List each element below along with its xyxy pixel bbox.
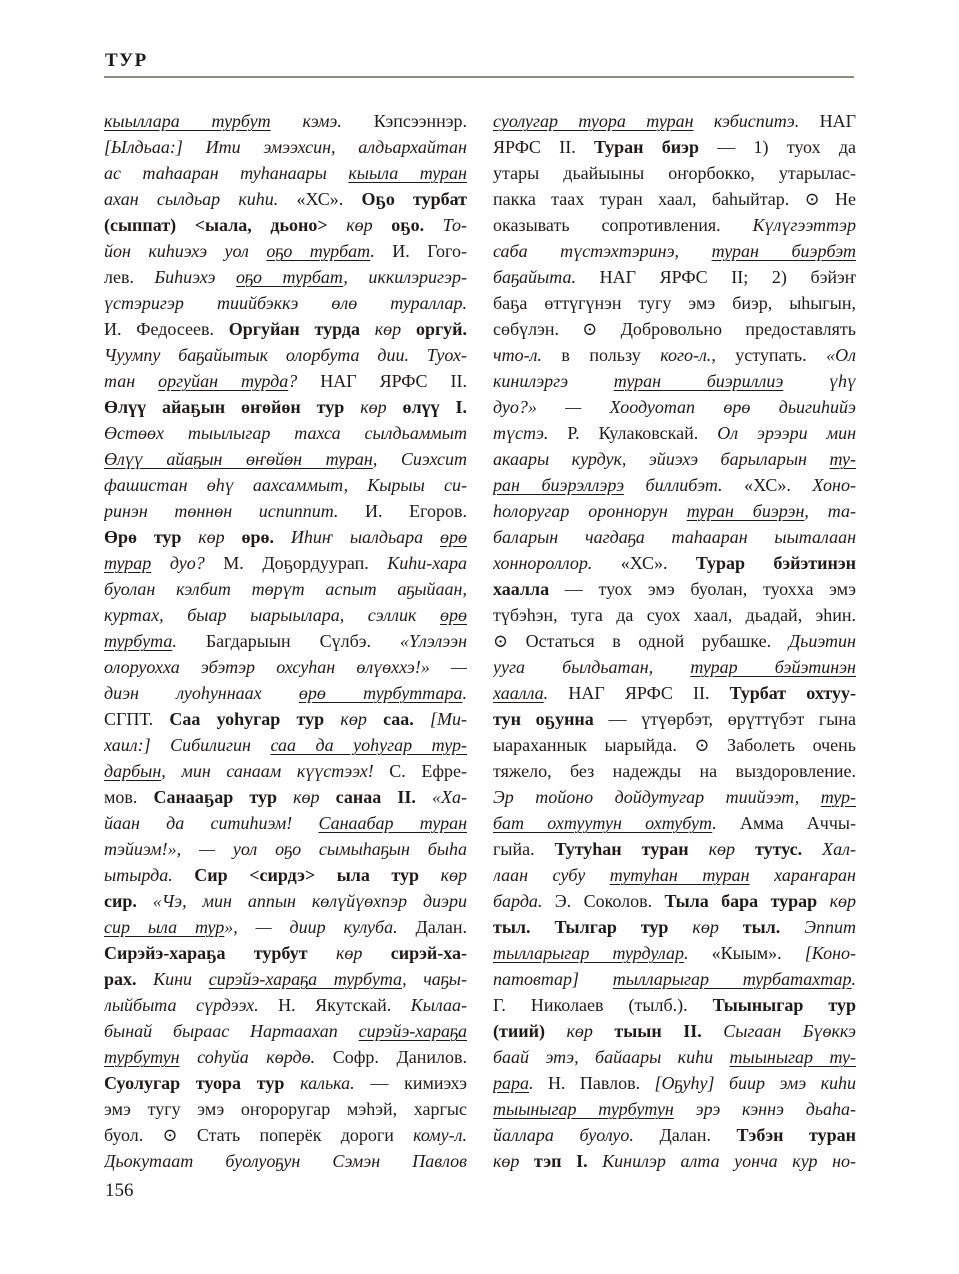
text-line: йаан да ситиһиэм! Санаабар туран — [104, 810, 467, 836]
text-line: Өлүү айаҕын өҥөйөн туран, Сиэхсит — [104, 446, 467, 472]
text-segment: То- — [424, 215, 467, 235]
text-segment: оргуй. — [416, 319, 467, 339]
text-segment: Күлүгээттэр — [753, 215, 856, 235]
text-segment: тан — [104, 371, 158, 391]
text-segment: хаалла — [493, 579, 549, 599]
text-segment: «Чэ, мин аппын көлүйүөхпэр диэри — [137, 891, 467, 911]
text-segment: көр — [493, 1151, 534, 1171]
text-segment: түбэһэн, туга да суох хаал, дьадай, эһин… — [493, 605, 856, 625]
text-segment: йон киһиэхэ уол — [104, 241, 266, 261]
text-line: мов. Санааҕар тур көр санаа II. «Ха- — [104, 784, 467, 810]
text-line: ыараханнык ыарыйда. ⊙ Заболеть очень — [493, 732, 856, 758]
text-segment: ран биэрэллэрэ — [493, 475, 624, 495]
text-line: кыыллара турбут кэмэ. Кэпсээннэр. — [104, 108, 467, 134]
text-line: түстэ. Р. Кулаковскай. Ол эрээри мин — [493, 420, 856, 446]
text-segment: пакка таах туран хаал, баһыйтар. ⊙ Не — [493, 189, 856, 209]
text-line: куртах, быар ыарыылара, сэллик өрө — [104, 602, 467, 628]
text-segment: лев. — [104, 267, 155, 287]
text-segment: кыыллара турбут — [104, 111, 271, 131]
text-segment: туран биэрбэт — [712, 241, 856, 261]
text-segment: һолоругар ороннорун — [493, 501, 687, 521]
text-segment: рах. — [104, 969, 137, 989]
text-line: баҕайыта. НАГ ЯРФС II; 2) бэйэҥ — [493, 264, 856, 290]
text-line: ран биэрэллэрэ биллибэт. «ХС». Хоно- — [493, 472, 856, 498]
text-line: сир ыла тур», — диир кулуба. Далан. — [104, 914, 467, 940]
text-segment: , та- — [804, 501, 856, 521]
text-segment: М. Доҕордуурап. — [205, 553, 388, 573]
text-line: бат охтуутун охтубут. Амма Аччы- — [493, 810, 856, 836]
text-segment: тыл. — [743, 917, 781, 937]
text-segment: «Кыым». — [688, 943, 804, 963]
text-segment: Хал- — [802, 839, 856, 859]
text-columns: кыыллара турбут кэмэ. Кэпсээннэр.[Ылдьаа… — [104, 108, 856, 1174]
text-segment: «ХС». — [723, 475, 813, 495]
text-segment: Саа уоһугар тур — [169, 709, 324, 729]
text-line: Дьокутаат буолуоҕун Сэмэн Павлов — [104, 1148, 467, 1174]
text-line: йаллара буолуо. Далан. Тэбэн туран — [493, 1122, 856, 1148]
text-segment: акаары курдук, эйиэхэ барыларын — [493, 449, 829, 469]
text-segment: куртах, быар ыарыылара, сэллик — [104, 605, 440, 625]
text-segment: лаан субу — [493, 865, 610, 885]
text-line: акаары курдук, эйиэхэ барыларын ту- — [493, 446, 856, 472]
text-line: йон киһиэхэ уол оҕо турбат. И. Гого- — [104, 238, 467, 264]
text-segment: Сыгаан Бүөккэ — [702, 1021, 856, 1041]
text-segment: , иккилэригэр- — [343, 267, 467, 287]
text-segment: көр — [308, 943, 391, 963]
text-segment: сирэйэ-хараҕа турбута — [209, 969, 402, 989]
text-line: патовтар] тылларыгар турбатахтар. — [493, 966, 856, 992]
text-line: СГПТ. Саа уоһугар тур көр саа. [Ми- — [104, 706, 467, 732]
text-line: пакка таах туран хаал, баһыйтар. ⊙ Не — [493, 186, 856, 212]
text-line: ЯРФС II. Туран биэр — 1) туох да — [493, 134, 856, 160]
text-line: ас таһааран туһанаары кыыла туран — [104, 160, 467, 186]
text-line: дарбын, мин санаам күүстээх! С. Ефре- — [104, 758, 467, 784]
text-segment: — үтүөрбэт, өрүттүбэт гына — [594, 709, 856, 729]
text-segment: сирэй-ха- — [391, 943, 467, 963]
text-segment: НАГ ЯРФС II. — [297, 371, 467, 391]
text-segment: тыыныгар турбутун — [493, 1099, 674, 1119]
text-segment: утары дьайыыны оҥорбокко, утарылас- — [493, 163, 856, 183]
text-segment: саа да уоһугар тур- — [271, 735, 467, 755]
text-line: баларын чагдаҕа таһааран ыыталаан — [493, 524, 856, 550]
text-segment: Эр тойоно дойдутугар тиийээт, — [493, 787, 821, 807]
text-segment: баҕа өттүгүнэн тугу эмэ биэр, ыһыгын, — [493, 293, 856, 313]
text-segment: Тутуһан туран — [555, 839, 689, 859]
text-line: Өрө тур көр өрө. Иһиҥ ыалдьара өрө — [104, 524, 467, 550]
text-line: (сыппат) <ыала, дьоно> көр оҕо. То- — [104, 212, 467, 238]
text-line: И. Федосеев. Оргуйан турда көр оргуй. — [104, 316, 467, 342]
text-segment: Туран биэр — [594, 137, 699, 157]
text-segment: ытырда. — [104, 865, 194, 885]
text-segment: тяжело, без надежды на выздоровление. — [493, 761, 856, 781]
text-segment: ту- — [829, 449, 856, 469]
text-line: лаан субу тутуһан туран хараҥаран — [493, 862, 856, 888]
text-segment: гыйа. — [493, 839, 555, 859]
text-line: саба түстэхтэринэ, туран биэрбэт — [493, 238, 856, 264]
text-line: Суолугар туора тур калька. — кимиэхэ — [104, 1070, 467, 1096]
text-line: Сирэйэ-хараҕа турбут көр сирэй-ха- — [104, 940, 467, 966]
text-segment: баай этэ, байаары киһи — [493, 1047, 730, 1067]
text-segment: кому-л. — [413, 1125, 467, 1145]
text-segment: Сирэйэ-хараҕа турбут — [104, 943, 308, 963]
text-segment: Оҕо турбат — [361, 189, 467, 209]
text-segment: Кини — [137, 969, 209, 989]
text-line: ринэн төннөн испиппит. И. Егоров. — [104, 498, 467, 524]
text-segment: ыараханнык ыарыйда. ⊙ Заболеть очень — [493, 735, 856, 755]
text-line: түбэһэн, туга да суох хаал, дьадай, эһин… — [493, 602, 856, 628]
text-segment: «ХС». — [278, 189, 361, 209]
text-segment: кэмэ. — [271, 111, 342, 131]
text-segment: Турбат охтуу- — [730, 683, 856, 703]
text-segment: (сыппат) <ыала, дьоно> — [104, 215, 328, 235]
text-segment: Дьиэтин — [789, 631, 856, 651]
text-segment: сөбүлэн. ⊙ Добровольно предоставлять — [493, 319, 856, 339]
text-segment: Өстөөх тыылыгар тахса сылдьаммыт — [104, 423, 467, 443]
text-segment: көр — [324, 709, 383, 729]
dictionary-page: ТУР кыыллара турбут кэмэ. Кэпсээннэр.[Ыл… — [0, 0, 959, 1274]
text-segment: турбутун — [104, 1047, 180, 1067]
text-segment: дуо? — [151, 553, 204, 573]
text-segment: . — [852, 969, 857, 989]
text-segment: Оргуйан турда — [229, 319, 360, 339]
text-segment: баларын чагдаҕа таһааран ыыталаан — [493, 527, 856, 547]
text-segment: өрө — [440, 527, 467, 547]
text-line: оказывать сопротивления. Күлүгээттэр — [493, 212, 856, 238]
text-segment: И. Федосеев. — [104, 319, 229, 339]
text-line: дуо?» — Хоодуотап өрө дьигиһийэ — [493, 394, 856, 420]
text-segment: өрө — [440, 605, 467, 625]
text-segment: тэйиэм!», — уол оҕо сымыһаҕын быһа — [104, 839, 467, 859]
text-segment: бынай быраас Нартаахап — [104, 1021, 359, 1041]
text-line: баай этэ, байаары киһи тыыныгар ту- — [493, 1044, 856, 1070]
text-segment: Н. Павлов. — [534, 1073, 655, 1093]
text-segment: тутуһан туран — [610, 865, 750, 885]
text-segment: йаллара буолуо. — [493, 1125, 634, 1145]
text-segment: Дьокутаат буолуоҕун Сэмэн Павлов — [104, 1151, 467, 1171]
text-segment: кинилэргэ — [493, 371, 614, 391]
text-line: баҕа өттүгүнэн тугу эмэ биэр, ыһыгын, — [493, 290, 856, 316]
text-segment: тун оҕунна — [493, 709, 594, 729]
text-line: ууга былдьатан, турар бэйэтинэн — [493, 654, 856, 680]
text-line: тыл. Тылгар тур көр тыл. Эппит — [493, 914, 856, 940]
text-line: эмэ тугу эмэ оҥороругар мэһэй, харгыс — [104, 1096, 467, 1122]
text-segment: [Ми- — [414, 709, 467, 729]
text-segment: ? — [288, 371, 297, 391]
text-segment: тыын II. — [614, 1021, 701, 1041]
text-segment: ринэн төннөн испиппит. — [104, 501, 338, 521]
text-line: сир. «Чэ, мин аппын көлүйүөхпэр диэри — [104, 888, 467, 914]
column-right: суолугар туора туран кэбиспитэ. НАГЯРФС … — [493, 108, 856, 1174]
text-line: олоруохха эбэтэр охсуһан өлүөххэ!» — — [104, 654, 467, 680]
text-segment: Киһи-хара — [387, 553, 467, 573]
text-segment: Санаабар туран — [318, 813, 467, 833]
text-segment: көр — [277, 787, 336, 807]
text-line: буол. ⊙ Стать поперёк дороги кому-л. — [104, 1122, 467, 1148]
text-segment: сирэйэ-хараҕа — [359, 1021, 467, 1041]
text-segment: үстэригэр тиийбэккэ өлө тураллар. — [104, 293, 467, 313]
text-line: үстэригэр тиийбэккэ өлө тураллар. — [104, 290, 467, 316]
text-segment: өлүү I. — [403, 397, 467, 417]
text-segment: Санааҕар тур — [154, 787, 278, 807]
text-segment: эрэ кэннэ дьаһа- — [674, 1099, 856, 1119]
text-segment: кэбиспитэ. — [694, 111, 800, 131]
text-segment: Өрө тур — [104, 527, 181, 547]
text-segment: , Сиэхсит — [373, 449, 467, 469]
text-segment: турар — [104, 553, 151, 573]
text-line: лыйбыта сүрдээх. Н. Якутскай. Кылаа- — [104, 992, 467, 1018]
text-segment: туран биэрэн — [687, 501, 805, 521]
text-segment: Эппит — [780, 917, 856, 937]
text-line: Чуумпу баҕайытык олорбута дии. Туох- — [104, 342, 467, 368]
text-segment: , чаҕы- — [402, 969, 467, 989]
text-segment: йаан да ситиһиэм! — [104, 813, 318, 833]
text-segment: калька. — [284, 1073, 354, 1093]
text-segment: хаалла — [493, 683, 544, 703]
text-line: турар дуо? М. Доҕордуурап. Киһи-хара — [104, 550, 467, 576]
text-line: көр тэп I. Кинилэр алта уонча кур но- — [493, 1148, 856, 1174]
text-segment: туран биэриллиэ — [614, 371, 784, 391]
text-segment: көр — [328, 215, 392, 235]
text-segment: НАГ — [799, 111, 856, 131]
text-segment: баҕайыта. — [493, 267, 576, 287]
text-segment: Тыла бара турар — [665, 891, 818, 911]
text-segment: диэн луоһуннаах — [104, 683, 299, 703]
text-segment: көр — [689, 839, 755, 859]
text-line: ытырда. Сир <сирдэ> ыла тур көр — [104, 862, 467, 888]
text-segment: көр — [668, 917, 742, 937]
text-segment: көр — [344, 397, 402, 417]
text-segment: Өлүү айаҕын өҥөйөн туран — [104, 449, 373, 469]
text-segment: бат охтуутун охтубут — [493, 813, 712, 833]
text-segment: хаил:] Сибилигин — [104, 735, 271, 755]
text-segment: турбута — [104, 631, 172, 651]
text-line: утары дьайыыны оҥорбокко, утарылас- — [493, 160, 856, 186]
text-segment: тэп I. — [534, 1151, 588, 1171]
text-segment: что-л. — [493, 345, 542, 365]
text-segment: СГПТ. — [104, 709, 169, 729]
text-segment: Н. Якутскай. — [259, 995, 411, 1015]
text-line: Өлүү айаҕын өҥөйөн тур көр өлүү I. — [104, 394, 467, 420]
text-segment: тутус. — [755, 839, 802, 859]
text-segment: Хоно- — [812, 475, 856, 495]
text-segment: Кылаа- — [411, 995, 467, 1015]
text-line: ахан сылдьар киһи. «ХС». Оҕо турбат — [104, 186, 467, 212]
running-head: ТУР — [105, 50, 148, 72]
text-line: тэйиэм!», — уол оҕо сымыһаҕын быһа — [104, 836, 467, 862]
text-segment: дуо?» — Хоодуотап өрө дьигиһийэ — [493, 397, 856, 417]
text-segment: оҕо. — [391, 215, 424, 235]
text-segment: (тиий) — [493, 1021, 545, 1041]
text-segment: ЯРФС II. — [493, 137, 594, 157]
text-segment: мов. — [104, 787, 154, 807]
text-segment: биллибэт. — [624, 475, 723, 495]
text-line: буолан кэлбит төрүт аспыт аҕыйаан, — [104, 576, 467, 602]
text-segment: НАГ ЯРФС II; 2) бэйэҥ — [576, 267, 856, 287]
text-segment: Кэпсээннэр. — [342, 111, 467, 131]
text-segment: », — диир кулуба. — [224, 917, 397, 937]
text-segment: суолугар туора туран — [493, 111, 694, 131]
text-line: турбута. Багдарыын Сүлбэ. «Үлэлээн — [104, 628, 467, 654]
text-segment: эмэ тугу эмэ оҥороругар мэһэй, харгыс — [104, 1099, 467, 1119]
text-segment: [Коно- — [805, 943, 856, 963]
text-line: бынай быраас Нартаахап сирэйэ-хараҕа — [104, 1018, 467, 1044]
text-segment: , уступать. — [711, 345, 826, 365]
text-segment: Далан. — [634, 1125, 737, 1145]
text-segment: , мин санаам күүстээх! — [161, 761, 373, 781]
text-segment: саа. — [383, 709, 414, 729]
text-segment: НАГ ЯРФС II. — [548, 683, 729, 703]
text-line: тыыныгар турбутун эрэ кэннэ дьаһа- — [493, 1096, 856, 1122]
text-segment: тур- — [821, 787, 856, 807]
text-line: Өстөөх тыылыгар тахса сылдьаммыт — [104, 420, 467, 446]
text-segment: хоннороллор. — [493, 553, 592, 573]
text-segment: тылларыгар турдулар — [493, 943, 684, 963]
text-line: тылларыгар турдулар. «Кыым». [Коно- — [493, 940, 856, 966]
text-segment: барда. — [493, 891, 542, 911]
text-segment: Суолугар туора тур — [104, 1073, 284, 1093]
text-line: [Ылдьаа:] Ити эмээхсин, алдьархайтан — [104, 134, 467, 160]
text-segment: кыыла туран — [348, 163, 467, 183]
text-line: Эр тойоно дойдутугар тиийээт, тур- — [493, 784, 856, 810]
text-segment: санаа II. — [336, 787, 416, 807]
text-segment: Багдарыын Сүлбэ. — [177, 631, 400, 651]
text-segment: «Үлэлээн — [400, 631, 467, 651]
text-segment: Өлүү айаҕын өҥөйөн тур — [104, 397, 344, 417]
text-line: Г. Николаев (тылб.). Тыыныгар тур — [493, 992, 856, 1018]
text-segment: көр — [817, 891, 856, 911]
text-segment: — 1) туох да — [699, 137, 856, 157]
text-segment: турар бэйэтинэн — [690, 657, 856, 677]
text-segment: «Ха- — [416, 787, 467, 807]
text-line: лев. Биһиэхэ оҕо турбат, иккилэригэр- — [104, 264, 467, 290]
text-segment: тыл. Тылгар тур — [493, 917, 668, 937]
text-segment: үһү — [783, 371, 856, 391]
text-segment: дарбын — [104, 761, 161, 781]
text-segment: тылларыгар турбатахтар — [613, 969, 852, 989]
text-segment: көр — [419, 865, 467, 885]
text-segment: көр — [545, 1021, 614, 1041]
text-segment: оҕо турбат — [236, 267, 343, 287]
column-left: кыыллара турбут кэмэ. Кэпсээннэр.[Ылдьаа… — [104, 108, 467, 1174]
text-segment: «Ол — [826, 345, 856, 365]
text-line: фашистан өһү аахсаммыт, Кырыы си- — [104, 472, 467, 498]
text-segment: в пользу — [542, 345, 660, 365]
text-segment: оргуйан турда — [158, 371, 288, 391]
text-segment: көр — [181, 527, 241, 547]
header-rule — [104, 76, 854, 78]
text-line: тяжело, без надежды на выздоровление. — [493, 758, 856, 784]
text-segment: оказывать сопротивления. — [493, 215, 753, 235]
text-line: что-л. в пользу кого-л., уступать. «Ол — [493, 342, 856, 368]
text-segment: Биһиэхэ — [155, 267, 236, 287]
text-segment: Иһиҥ ыалдьара — [274, 527, 440, 547]
text-segment: Софр. Данилов. — [315, 1047, 467, 1067]
text-segment: Г. Николаев (тылб.). — [493, 995, 713, 1015]
text-line: рара. Н. Павлов. [Оҕуһу] биир эмэ киһи — [493, 1070, 856, 1096]
text-segment: Р. Кулаковскай. — [548, 423, 717, 443]
text-segment: Кинилэр алта уонча кур но- — [588, 1151, 856, 1171]
text-line: хоннороллор. «ХС». Турар бэйэтинэн — [493, 550, 856, 576]
text-segment: [Ылдьаа:] Ити эмээхсин, алдьархайтан — [104, 137, 467, 157]
text-line: хаил:] Сибилигин саа да уоһугар тур- — [104, 732, 467, 758]
text-line: сөбүлэн. ⊙ Добровольно предоставлять — [493, 316, 856, 342]
text-segment: ⊙ Остаться в одной рубашке. — [493, 631, 789, 651]
text-segment: кого-л. — [660, 345, 711, 365]
text-segment: буол. ⊙ Стать поперёк дороги — [104, 1125, 413, 1145]
text-segment: буолан кэлбит төрүт аспыт аҕыйаан, — [104, 579, 467, 599]
text-line: ⊙ Остаться в одной рубашке. Дьиэтин — [493, 628, 856, 654]
text-segment: өрө. — [242, 527, 275, 547]
text-line: һолоругар ороннорун туран биэрэн, та- — [493, 498, 856, 524]
text-segment: Чуумпу баҕайытык олорбута дии. Туох- — [104, 345, 467, 365]
text-segment: сир ыла тур — [104, 917, 224, 937]
text-segment: Сир <сирдэ> ыла тур — [194, 865, 419, 885]
text-segment: — туох эмэ буолан, туохха эмэ — [549, 579, 856, 599]
text-segment: Тыыныгар тур — [713, 995, 856, 1015]
text-segment: оҕо турбат — [266, 241, 370, 261]
text-segment: Далан. — [398, 917, 467, 937]
text-line: барда. Э. Соколов. Тыла бара турар көр — [493, 888, 856, 914]
text-segment: С. Ефре- — [374, 761, 467, 781]
text-segment: көр — [360, 319, 416, 339]
text-segment: соһуйа көрдө. — [180, 1047, 316, 1067]
text-line: рах. Кини сирэйэ-хараҕа турбута, чаҕы- — [104, 966, 467, 992]
text-segment: Э. Соколов. — [542, 891, 664, 911]
text-line: суолугар туора туран кэбиспитэ. НАГ — [493, 108, 856, 134]
text-segment: рара — [493, 1073, 529, 1093]
text-segment: тыыныгар ту- — [730, 1047, 856, 1067]
text-segment: Ол эрээри мин — [717, 423, 856, 443]
page-number: 156 — [105, 1179, 134, 1203]
text-segment: ууга былдьатан, — [493, 657, 690, 677]
text-segment: патовтар] — [493, 969, 613, 989]
text-segment: фашистан өһү аахсаммыт, Кырыы си- — [104, 475, 467, 495]
text-segment: «ХС». — [592, 553, 696, 573]
text-line: тун оҕунна — үтүөрбэт, өрүттүбэт гына — [493, 706, 856, 732]
text-segment: саба түстэхтэринэ, — [493, 241, 712, 261]
text-segment: Амма Аччы- — [717, 813, 856, 833]
text-segment: . — [463, 683, 468, 703]
text-segment: олоруохха эбэтэр охсуһан өлүөххэ!» — — [104, 657, 467, 677]
text-segment: сир. — [104, 891, 137, 911]
text-segment: түстэ. — [493, 423, 548, 443]
text-line: гыйа. Тутуһан туран көр тутус. Хал- — [493, 836, 856, 862]
text-line: тан оргуйан турда? НАГ ЯРФС II. — [104, 368, 467, 394]
text-segment: И. Егоров. — [338, 501, 467, 521]
text-line: хаалла. НАГ ЯРФС II. Турбат охтуу- — [493, 680, 856, 706]
text-segment: хараҥаран — [750, 865, 856, 885]
text-line: турбутун соһуйа көрдө. Софр. Данилов. — [104, 1044, 467, 1070]
text-segment: [Оҕуһу] биир эмэ киһи — [655, 1073, 856, 1093]
text-segment: лыйбыта сүрдээх. — [104, 995, 259, 1015]
text-line: кинилэргэ туран биэриллиэ үһү — [493, 368, 856, 394]
text-segment: ас таһааран туһанаары — [104, 163, 348, 183]
text-segment: өрө турбуттара — [299, 683, 463, 703]
text-line: хаалла — туох эмэ буолан, туохха эмэ — [493, 576, 856, 602]
text-segment: ахан сылдьар киһи. — [104, 189, 278, 209]
text-segment: Турар бэйэтинэн — [696, 553, 856, 573]
text-segment: И. Гого- — [375, 241, 467, 261]
text-segment: — кимиэхэ — [355, 1073, 467, 1093]
text-line: (тиий) көр тыын II. Сыгаан Бүөккэ — [493, 1018, 856, 1044]
text-line: диэн луоһуннаах өрө турбуттара. — [104, 680, 467, 706]
text-segment: Тэбэн туран — [737, 1125, 856, 1145]
